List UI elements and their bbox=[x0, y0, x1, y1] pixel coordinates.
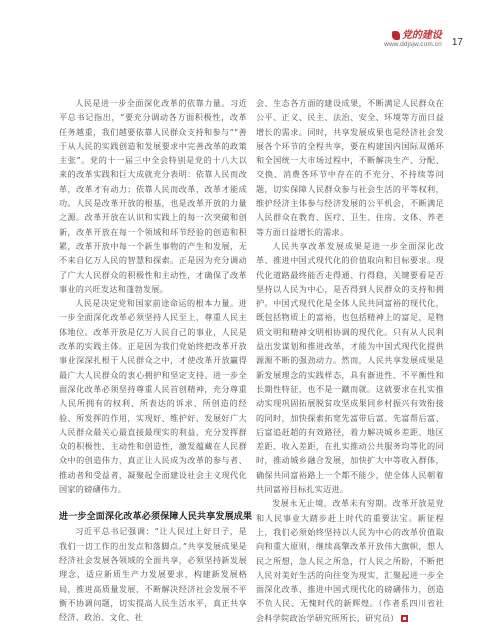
party-emblem-icon bbox=[392, 31, 400, 40]
page-header: 党的建设 www.ddjsjw.com.cn 17 bbox=[384, 30, 463, 49]
article-right-column: 会、生态各方面的建设成果，不断满足人民群众在公平、正义、民主、法治、安全、环境等… bbox=[256, 96, 444, 625]
magazine-logo: 党的建设 www.ddjsjw.com.cn bbox=[384, 30, 442, 49]
logo-text: 党的建设 bbox=[402, 30, 442, 41]
article-paragraph-final: 发展永无止境，改革未有穷期。改革开放是党和人民事业大踏步赶上时代的重要法宝。新征… bbox=[256, 496, 444, 625]
article-paragraph-text: 发展永无止境，改革未有穷期。改革开放是党和人民事业大踏步赶上时代的重要法宝。新征… bbox=[256, 498, 444, 622]
section-heading: 进一步全面深化改革必须保障人民共享发展成果 bbox=[59, 510, 247, 524]
logo-url: www.ddjsjw.com.cn bbox=[384, 41, 442, 49]
page-number: 17 bbox=[452, 37, 463, 48]
article-paragraph: 会、生态各方面的建设成果，不断满足人民群众在公平、正义、民主、法治、安全、环境等… bbox=[256, 96, 444, 239]
logo-title: 党的建设 bbox=[392, 30, 442, 41]
article-paragraph: 习近平总书记强调：“让人民过上好日子，是我们一切工作的出发点和落脚点。”共享发展… bbox=[59, 524, 247, 624]
article-left-column: 人民是进一步全面深化改革的依靠力量。习近平总书记指出，“要充分调动各方面积极性，… bbox=[59, 96, 247, 624]
article-paragraph: 人民是进一步全面深化改革的依靠力量。习近平总书记指出，“要充分调动各方面积极性，… bbox=[59, 96, 247, 296]
article-paragraph: 人民是决定党和国家前途命运的根本力量。进一步全面深化改革必须坚持人民至上，尊重人… bbox=[59, 296, 247, 496]
article-end-icon bbox=[401, 615, 408, 622]
article-paragraph: 人民共享改革发展成果是进一步全面深化改革、推进中国式现代化的价值取向和目标要求。… bbox=[256, 239, 444, 496]
